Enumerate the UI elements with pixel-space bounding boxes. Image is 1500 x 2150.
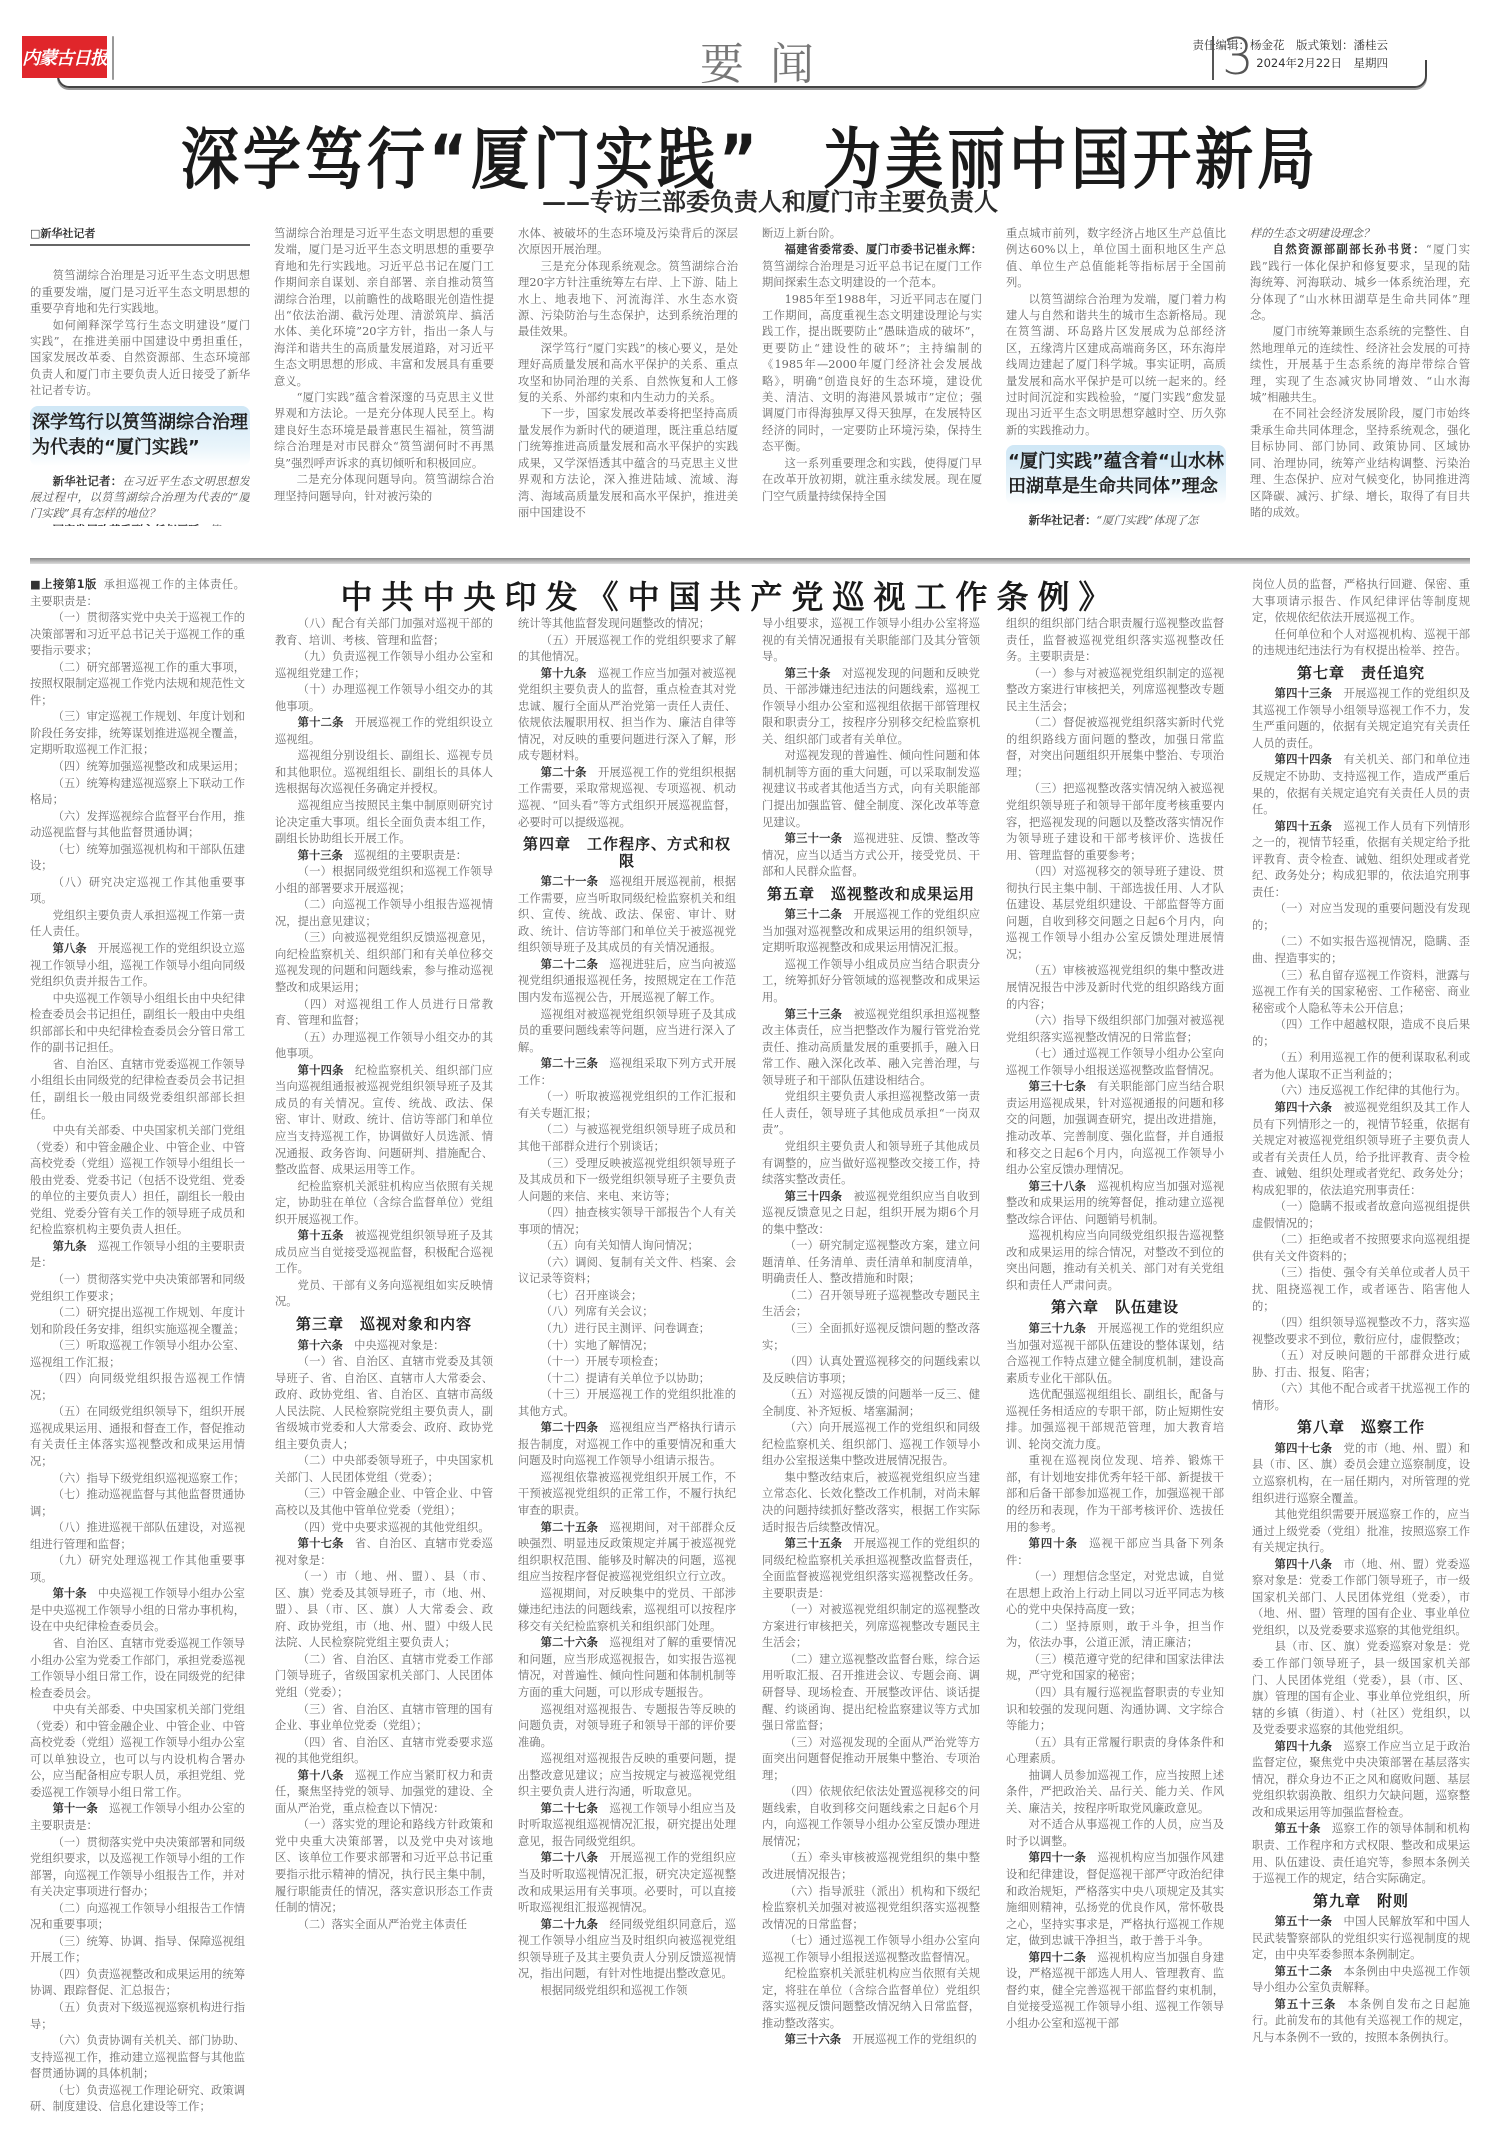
list-item: （二）研究提出巡视工作规划、年度计划和阶段任务安排，组织实施巡视全覆盖；: [30, 1305, 245, 1338]
list-item: （一）隐瞒不报或者故意向巡视组提供虚假情况的；: [1252, 1199, 1470, 1232]
article-label: 第四十八条: [1275, 1558, 1333, 1571]
top-column-6: 样的生态文明建设理念？ 自然资源部副部长孙书贤：“厦门实践”践行一体化保护和修复…: [1250, 226, 1470, 526]
list-item: （二）拒绝或者不按照要求向巡视组提供有关文件资料的；: [1252, 1232, 1470, 1265]
article-paragraph: 第十七条省、自治区、直辖市党委巡视对象是：: [275, 1536, 493, 1569]
list-item: （四）省、自治区、直辖市党委要求巡视的其他党组织。: [275, 1735, 493, 1768]
article-paragraph: 第八条开展巡视工作的党组织设立巡视工作领导小组，巡视工作领导小组向同级党组织负责…: [30, 941, 245, 991]
article-label: 第二十二条: [541, 958, 599, 971]
list-item: （五）审核被巡视党组织的集中整改进展情况报告中涉及新时代党的组织路线方面的内容；: [1006, 963, 1224, 1013]
article-label: 第十九条: [541, 667, 587, 680]
article-paragraph: 第十六条中央巡视对象是：: [275, 1338, 493, 1355]
paragraph: 巡视组依靠被巡视党组织开展工作，不干预被巡视党组织的正常工作，不履行执纪审查的职…: [518, 1470, 736, 1520]
list-item: （二）向巡视工作领导小组报告工作情况和重要事项；: [30, 1901, 245, 1934]
chapter-heading: 第四章 工作程序、方式和权限: [518, 836, 736, 869]
list-item: （四）具有履行巡视监督职责的专业知识和较强的发现问题、沟通协调、文字综合等能力；: [1006, 1685, 1224, 1735]
bottom-column-2: （八）配合有关部门加强对巡视干部的教育、培训、考核、管理和监督； （九）负责巡视…: [275, 616, 493, 2141]
list-item: （一）参与对被巡视党组织制定的巡视整改方案进行审核把关，列席巡视整改专题民主生活…: [1006, 666, 1224, 716]
list-item: （八）研究决定巡视工作其他重要事项。: [30, 875, 245, 908]
top-column-3: 水体、被破坏的生态环境及污染背后的深层次原因开展治理。 三是充分体现系统观念。筼…: [518, 226, 738, 526]
paragraph: 中央有关部委、中央国家机关部门党组（党委）和中管金融企业、中管企业、中管高校党委…: [30, 1702, 245, 1801]
article-label: 第十六条: [298, 1339, 343, 1352]
paragraph: 岗位人员的监督，严格执行回避、保密、重大事项请示报告、作风纪律评估等制度规定，依…: [1252, 577, 1470, 627]
article-paragraph: 第四十三条开展巡视工作的党组织及其巡视工作领导小组领导巡视工作不力，发生严重问题…: [1252, 686, 1470, 752]
list-item: （十二）提请有关单位予以协助；: [518, 1371, 736, 1388]
article-label: 第二十九条: [541, 1918, 599, 1931]
article-paragraph: 第四十七条党的市（地、州、盟）和县（市、区、旗）委员会建立巡察制度，设立巡察机构…: [1252, 1441, 1470, 1507]
paragraph: 党员、干部有义务向巡视组如实反映情况。: [275, 1278, 493, 1311]
article-paragraph: 第十四条纪检监察机关、组织部门应当向巡视组通报被巡视党组织领导班子及其成员的有关…: [275, 1063, 493, 1179]
list-item: （十）办理巡视工作领导小组交办的其他事项。: [275, 682, 493, 715]
list-item: （三）省、自治区、直辖市管理的国有企业、事业单位党委（党组）；: [275, 1702, 493, 1735]
list-item: （一）研究制定巡视整改方案，建立问题清单、任务清单、责任清单和制度清单，明确责任…: [762, 1238, 980, 1288]
bottom-column-3: 统计等其他监督发现问题整改的情况； （五）开展巡视工作的党组织要求了解的其他情况…: [518, 616, 736, 2141]
list-item: （十一）开展专项检查；: [518, 1354, 736, 1371]
bottom-column-1: ■上接第1版承担巡视工作的主体责任。主要职责是： （一）贯彻落实党中央关于巡视工…: [30, 577, 245, 2142]
list-item: （五）统筹构建巡视巡察上下联动工作格局；: [30, 776, 245, 809]
paragraph: 如何阐释深学笃行生态文明建设“厦门实践”，在推进美丽中国建设中勇担重任，国家发展…: [30, 318, 250, 400]
paragraph: 任何单位和个人对巡视机构、巡视干部的违规违纪违法行为有权提出检举、控告。: [1252, 627, 1470, 660]
article-label: 第二十四条: [541, 1421, 599, 1434]
paragraph: 重视在巡视岗位发现、培养、锻炼干部，有计划地安排优秀年轻干部、新提拔干部和后备干…: [1006, 1453, 1224, 1536]
list-item: （一）根据同级党组织和巡视工作领导小组的部署要求开展巡视；: [275, 864, 493, 897]
section-title: 要闻: [700, 28, 840, 92]
article-label: 第十一条: [53, 1802, 98, 1815]
list-item: 统计等其他监督发现问题整改的情况；: [518, 616, 736, 633]
question-text: “厦门实践”体现了怎: [1096, 514, 1198, 526]
paragraph: 巡视组对巡视报告反映的重要问题，提出整改意见建议；应当按规定与被巡视党组织主要负…: [518, 1751, 736, 1801]
article-paragraph: 第三十一条巡视进驻、反馈、整改等情况，应当以适当方式公开，接受党员、干部和人民群…: [762, 831, 980, 881]
page-number-divider: [1212, 36, 1214, 80]
subhead-text: 深学笃行以筼筜湖综合治理为代表的“厦门实践”: [32, 412, 248, 458]
paragraph: 中央巡视工作领导小组组长由中央纪律检查委员会书记担任，副组长一般由中央组织部部长…: [30, 991, 245, 1057]
list-item: （四）组织领导巡视整改不力，落实巡视整改要求不到位，敷衍应付，虚假整改；: [1252, 1315, 1470, 1348]
top-article: □新华社记者 筼筜湖综合治理是习近平生态文明思想的重要发端，厦门是习近平生态文明…: [30, 226, 1470, 528]
article-label: 第三十七条: [1029, 1080, 1087, 1093]
list-item: （三）指使、强令有关单位或者人员干扰、阻挠巡视工作，或者诬告、陷害他人的；: [1252, 1265, 1470, 1315]
article-paragraph: 第二十四条巡视组应当严格执行请示报告制度，对巡视工作中的重要情况和重大问题及时向…: [518, 1420, 736, 1470]
top-column-4: 断迈上新台阶。 福建省委常委、厦门市委书记崔永辉：筼筜湖综合治理是习近平总书记在…: [762, 226, 982, 526]
list-item: （九）负责巡视工作领导小组办公室和巡视组党建工作；: [275, 649, 493, 682]
list-item: （四）抽查核实领导干部报告个人有关事项的情况；: [518, 1205, 736, 1238]
subheadline: ——专访三部委负责人和厦门市主要负责人: [0, 182, 1500, 217]
article-label: 第四十七条: [1275, 1442, 1333, 1455]
list-item: （二）不如实报告巡视情况，隐瞒、歪曲、捏造事实的；: [1252, 934, 1470, 967]
article-text: 纪检监察机关、组织部门应当向巡视组通报被巡视党组织领导班子及其成员的有关情况。宣…: [275, 1064, 493, 1176]
question-text: 样的生态文明建设理念？: [1250, 226, 1470, 242]
list-item: （一）听取被巡视党组织的工作汇报和有关专题汇报；: [518, 1089, 736, 1122]
article-label: 第四十条: [1029, 1537, 1078, 1550]
paragraph: 下一步，国家发展改革委将把坚持高质量发展作为新时代的硬道理，既注重总结厦门统筹推…: [518, 406, 738, 521]
article-paragraph: 第二十六条巡视组对了解的重要情况和问题，应当形成巡视报告，如实报告巡视情况，对普…: [518, 1635, 736, 1701]
paragraph: 厦门市统筹兼顾生态系统的完整性、自然地理单元的连续性、经济社会发展的可持续性，开…: [1250, 324, 1470, 406]
article-label: 第四十五条: [1275, 820, 1333, 833]
byline: □新华社记者: [30, 226, 250, 246]
paragraph: 深学笃行“厦门实践”的核心要义，是处理好高质量发展和高水平保护的关系、重点攻坚和…: [518, 341, 738, 407]
article-paragraph: 第五十二条本条例由中央巡视工作领导小组办公室负责解释。: [1252, 1964, 1470, 1997]
article-paragraph: 第五十条巡察工作的领导体制和机构职责、工作程序和方式权限、整改和成果运用、队伍建…: [1252, 1821, 1470, 1887]
chapter-heading: 第八章 巡察工作: [1252, 1419, 1470, 1436]
answer-paragraph: 福建省委常委、厦门市委书记崔永辉：筼筜湖综合治理是习近平总书记在厦门工作期间探索…: [762, 242, 982, 291]
list-item: （三）受理反映被巡视党组织领导班子及其成员和下一级党组织领导班子主要负责人问题的…: [518, 1156, 736, 1206]
paragraph: 筜湖综合治理是习近平生态文明思想的重要发端，厦门是习近平生态文明思想的重要孕育地…: [274, 226, 494, 390]
article-paragraph: 第四十八条市（地、州、盟）党委巡察对象是：党委工作部门领导班子，市一级国家机关部…: [1252, 1557, 1470, 1640]
paragraph: 这一系列重要理念和实践，使得厦门早在改革开放初期，就注重永续发展。现在厦门空气质…: [762, 456, 982, 505]
article-paragraph: 第三十二条开展巡视工作的党组织应当加强对巡视整改和成果运用的组织领导，定期听取巡…: [762, 907, 980, 957]
list-item: （八）配合有关部门加强对巡视干部的教育、培训、考核、管理和监督；: [275, 616, 493, 649]
article-paragraph: 第三十四条被巡视党组织应当自收到巡视反馈意见之日起，组织开展为期6个月的集中整改…: [762, 1189, 980, 1239]
article-text: 有关职能部门应当结合职责运用巡视成果，针对巡视通报的问题和移交的问题，加强调查研…: [1006, 1080, 1224, 1176]
article-paragraph: 第十条中央巡视工作领导小组办公室是中央巡视工作领导小组的日常办事机构，设在中央纪…: [30, 1586, 245, 1636]
list-item: （七）统筹加强巡视机构和干部队伍建设；: [30, 842, 245, 875]
article-paragraph: 第三十条对巡视发现的问题和反映党员、干部涉嫌违纪违法的问题线索，巡视工作领导小组…: [762, 666, 980, 749]
continued-on-page-link[interactable]: ■下转第4版: [1250, 525, 1470, 526]
paragraph: 断迈上新台阶。: [762, 226, 982, 242]
list-item: （二）中央部委领导班子，中央国家机关部门、人民团体党组（党委）；: [275, 1453, 493, 1486]
article-paragraph: 第四十六条被巡视党组织及其工作人员有下列情形之一的，视情节轻重，依据有关规定对被…: [1252, 1100, 1470, 1199]
list-item: （三）审定巡视工作规划、年度计划和阶段任务安排，统筹谋划推进巡视全覆盖，定期听取…: [30, 709, 245, 759]
speaker-label: 新华社记者：: [1029, 514, 1097, 526]
paragraph: 根据同级党组织和巡视工作领: [518, 1983, 736, 2000]
list-item: （五）负责对下级巡视巡察机构进行指导；: [30, 2000, 245, 2033]
paragraph: 巡视组分别设组长、副组长、巡视专员和其他职位。巡视组组长、副组长的具体人选根据每…: [275, 748, 493, 798]
top-column-1: □新华社记者 筼筜湖综合治理是习近平生态文明思想的重要发端，厦门是习近平生态文明…: [30, 226, 250, 526]
list-item: （五）向有关知情人询问情况；: [518, 1238, 736, 1255]
newspaper-logo[interactable]: 内蒙古日报: [22, 36, 107, 78]
list-item: （四）认真处置巡视移交的问题线索以及反映信访事项；: [762, 1354, 980, 1387]
list-item: （二）建立巡视整改监督台账，综合运用听取汇报、召开推进会议、专题会商、调研督导、…: [762, 1652, 980, 1735]
paragraph: 党组织主要负责人和领导班子其他成员有调整的，应当做好巡视整改交接工作，持续落实整…: [762, 1139, 980, 1189]
paragraph: 中央有关部委、中央国家机关部门党组（党委）和中管金融企业、中管企业、中管高校党委…: [30, 1123, 245, 1239]
article-paragraph: 第三十九条开展巡视工作的党组织应当加强对巡视干部队伍建设的整体谋划，结合巡视工作…: [1006, 1321, 1224, 1387]
article-paragraph: 第二十八条开展巡视工作的党组织应当及时听取巡视情况汇报，研究决定巡视整改和成果运…: [518, 1850, 736, 1916]
article-label: 第十五条: [298, 1229, 344, 1242]
article-paragraph: 第三十六条开展巡视工作的党组织的: [762, 2032, 980, 2049]
subhead-text: “厦门实践”蕴含着“山水林田湖草是生命共同体”理念: [1008, 451, 1224, 497]
paragraph: 筼筜湖综合治理是习近平生态文明思想的重要发端，厦门是习近平生态文明思想的重要孕育…: [30, 268, 250, 317]
article-paragraph: 第四十四条有关机关、部门和单位违反规定不协助、支持巡视工作，造成严重后果的，依据…: [1252, 752, 1470, 818]
paragraph: 重点城市前列，数字经济占地区生产总值比例达60%以上，单位国土面积地区生产总值、…: [1006, 226, 1226, 292]
section-divider: [30, 558, 1470, 564]
article-label: 第三十四条: [785, 1190, 843, 1203]
list-item: （九）进行民主测评、问卷调查；: [518, 1321, 736, 1338]
article-label: 第三十八条: [1029, 1180, 1087, 1193]
article-paragraph: 第四十二条巡视机构应当加强自身建设，严格巡视干部选人用人、管理教育、监督约束，健…: [1006, 1950, 1224, 2033]
article-label: 第十二条: [298, 716, 344, 729]
list-item: （二）与被巡视党组织领导班子成员和其他干部群众进行个别谈话；: [518, 1122, 736, 1155]
list-item: （六）指导派驻（派出）机构和下级纪检监察机关加强对被巡视党组织落实巡视整改情况的…: [762, 1884, 980, 1934]
list-item: （二）省、自治区、直辖市党委工作部门领导班子，省级国家机关部门、人民团体党组（党…: [275, 1652, 493, 1702]
list-item: （九）研究处理巡视工作其他重要事项。: [30, 1553, 245, 1586]
article-text: 巡视工作应当加强对被巡视党组织主要负责人的监督，重点检查其对党忠诚、履行全面从严…: [518, 667, 736, 763]
list-item: （七）负责巡视工作理论研究、政策调研、制度建设、信息化建设等工作；: [30, 2083, 245, 2116]
article-paragraph: 第二十九条经同级党组织同意后，巡视工作领导小组应当及时组织向被巡视党组织领导班子…: [518, 1917, 736, 1983]
article-label: 第四十二条: [1029, 1951, 1087, 1964]
list-item: （五）具有正常履行职责的身体条件和心理素质。: [1006, 1735, 1224, 1768]
article-paragraph: 第十五条被巡视党组织领导班子及其成员应当自觉接受巡视监督，积极配合巡视工作。: [275, 1228, 493, 1278]
article-paragraph: 第九条巡视工作领导小组的主要职责是：: [30, 1239, 245, 1272]
article-paragraph: 第二十二条巡视进驻后，应当向被巡视党组织通报巡视任务，按照规定在工作范围内发布巡…: [518, 957, 736, 1007]
article-label: 第二十三条: [541, 1057, 599, 1070]
paragraph: 巡视机构应当向同级党组织报告巡视整改和成果运用的综合情况，对整改不到位的突出问题…: [1006, 1228, 1224, 1294]
speaker-label: 福建省委常委、厦门市委书记崔永辉：: [785, 243, 982, 256]
paragraph: 纪检监察机关派驻机构应当依照有关规定，协助驻在单位（含综合监督单位）党组织开展巡…: [275, 1179, 493, 1229]
article-text: 被巡视党组织及其工作人员有下列情形之一的，视情节轻重，依据有关规定对被巡视党组织…: [1252, 1101, 1470, 1197]
list-item: （四）对巡视移交的领导班子建设、贯彻执行民主集中制、干部选拔任用、人才队伍建设、…: [1006, 864, 1224, 963]
list-item: （三）私自留存巡视工作资料，泄露与巡视工作有关的国家秘密、工作秘密、商业秘密或个…: [1252, 968, 1470, 1018]
list-item: （一）对应当发现的重要问题没有发现的；: [1252, 901, 1470, 934]
article-label: 第十八条: [298, 1769, 344, 1782]
list-item: （一）市（地、州、盟）、县（市、区、旗）党委及其领导班子，市（地、州、盟）、县（…: [275, 1569, 493, 1652]
list-item: （四）党中央要求巡视的其他党组织。: [275, 1520, 493, 1537]
article-label: 第三十二条: [785, 908, 843, 921]
paragraph: 在不同社会经济发展阶段，厦门市始终秉承生命共同体理念，坚持系统观念，强化目标协同…: [1250, 406, 1470, 521]
speaker-label: 国家发展改革委副主任赵辰昕：: [53, 524, 211, 526]
answer-text: 筼: [211, 524, 222, 526]
list-item: （五）对反映问题的干部群众进行威胁、打击、报复、陷害；: [1252, 1348, 1470, 1381]
bottom-column-6: 岗位人员的监督，严格执行回避、保密、重大事项请示报告、作风纪律评估等制度规定，依…: [1252, 577, 1470, 2142]
paragraph: 巡视工作领导小组成员应当结合职责分工，统筹抓好分管领域的巡视整改和成果运用。: [762, 957, 980, 1007]
paragraph: 省、自治区、直辖市党委巡视工作领导小组办公室为党委工作部门，承担党委巡视工作领导…: [30, 1636, 245, 1702]
list-item: （四）负责巡视整改和成果运用的统筹协调、跟踪督促、汇总报告；: [30, 1967, 245, 2000]
article-label: 第四十四条: [1275, 753, 1333, 766]
article-paragraph: 第三十五条开展巡视工作的党组织的同级纪检监察机关承担巡视整改监督责任，全面监督被…: [762, 1536, 980, 1602]
paragraph: 其他党组织需要开展巡察工作的，应当通过上级党委（党组）批准，按照巡察工作有关规定…: [1252, 1507, 1470, 1557]
article-paragraph: 第二十三条巡视组采取下列方式开展工作：: [518, 1056, 736, 1089]
article-paragraph: 第四十一条巡视机构应当加强作风建设和纪律建设，督促巡视干部严守政治纪律和政治规矩…: [1006, 1850, 1224, 1949]
list-item: （八）列席有关会议；: [518, 1304, 736, 1321]
top-column-2: 筜湖综合治理是习近平生态文明思想的重要发端，厦门是习近平生态文明思想的重要孕育地…: [274, 226, 494, 526]
list-item: （二）坚持原则，敢于斗争，担当作为，依法办事，公道正派，清正廉洁；: [1006, 1619, 1224, 1652]
article-label: 第二十五条: [541, 1521, 599, 1534]
bottom-column-4: 导小组要求，巡视工作领导小组办公室将巡视的有关情况通报有关职能部门及其分管领导。…: [762, 616, 980, 2141]
list-item: （六）调阅、复制有关文件、档案、会议记录等资料；: [518, 1255, 736, 1288]
question-paragraph: 新华社记者：在习近平生态文明思想发展过程中，以筼筜湖综合治理为代表的“厦门实践”…: [30, 474, 250, 523]
list-item: （一）贯彻落实党中央决策部署和同级党组织要求，以及巡视工作领导小组的工作部署，向…: [30, 1835, 245, 1901]
chapter-heading: 第六章 队伍建设: [1006, 1299, 1224, 1316]
list-item: （三）向被巡视党组织反馈巡视意见，向纪检监察机关、组织部门和有关单位移交巡视发现…: [275, 930, 493, 996]
list-item: （七）召开座谈会；: [518, 1288, 736, 1305]
paragraph: 选优配强巡视组组长、副组长，配备与巡视任务相适应的专职干部，防止短期性安排。加强…: [1006, 1387, 1224, 1453]
article-paragraph: 第十九条巡视工作应当加强对被巡视党组织主要负责人的监督，重点检查其对党忠诚、履行…: [518, 666, 736, 765]
list-item: （一）对被巡视党组织制定的巡视整改方案进行审核把关，列席巡视整改专题民主生活会；: [762, 1602, 980, 1652]
list-item: （四）对巡视组工作人员进行日常教育、管理和监督；: [275, 997, 493, 1030]
question-paragraph: 新华社记者：“厦门实践”体现了怎: [1006, 513, 1226, 526]
paragraph: 二是充分体现问题导向。筼筜湖综合治理坚持问题导向，针对被污染的: [274, 472, 494, 505]
paragraph: 纪检监察机关派驻机构应当依照有关规定，将驻在单位（含综合监督单位）党组织落实巡视…: [762, 1966, 980, 2032]
article-label: 第三十五条: [785, 1537, 843, 1550]
list-item: （一）省、自治区、直辖市党委及其领导班子、省、自治区、直辖市人大常委会、政府、政…: [275, 1354, 493, 1453]
list-item: （五）对巡视反馈的问题举一反三、健全制度、补齐短板、堵塞漏洞；: [762, 1387, 980, 1420]
article-label: 第二十一条: [541, 875, 599, 888]
paragraph: ■上接第1版承担巡视工作的主体责任。主要职责是：: [30, 577, 245, 610]
article-label: 第四十六条: [1275, 1101, 1333, 1114]
list-item: （十三）开展巡视工作的党组织批准的其他方式。: [518, 1387, 736, 1420]
list-item: （五）利用巡视工作的便利谋取私利或者为他人谋取不正当利益的；: [1252, 1050, 1470, 1083]
article-label: 第五十二条: [1275, 1965, 1333, 1978]
paragraph: 以筼筜湖综合治理为发端，厦门着力构建人与自然和谐共生的城市生态新格局。现在筼筜湖…: [1006, 292, 1226, 440]
list-item: （一）贯彻落实党中央决策部署和同级党组织工作要求；: [30, 1272, 245, 1305]
article-paragraph: 第二十五条巡视期间，对干部群众反映强烈、明显违反政策规定并属于被巡视党组织职权范…: [518, 1520, 736, 1586]
list-item: （三）对巡视发现的全面从严治党等方面突出问题督促推动开展集中整治、专项治理；: [762, 1735, 980, 1785]
list-item: （六）指导下级党组织巡视巡察工作；: [30, 1471, 245, 1488]
speaker-label: 自然资源部副部长孙书贤：: [1273, 243, 1426, 256]
list-item: （六）违反巡视工作纪律的其他行为。: [1252, 1083, 1470, 1100]
answer-paragraph: 自然资源部副部长孙书贤：“厦门实践”践行一体化保护和修复要求，呈现的陆海统筹、河…: [1250, 242, 1470, 324]
list-item: （五）在同级党组织领导下，组织开展巡视成果运用、通报和督查工作，督促推动有关责任…: [30, 1404, 245, 1470]
article-label: 第九条: [53, 1240, 87, 1253]
list-item: （四）统筹加强巡视整改和成果运用；: [30, 759, 245, 776]
article-label: 第三十六条: [785, 2033, 842, 2046]
list-item: （七）推动巡视监督与其他监督贯通协调；: [30, 1487, 245, 1520]
answer-text: 筼筜湖综合治理是习近平总书记在厦门工作期间探索生态文明建设的一个范本。: [762, 260, 982, 289]
paragraph: 巡视组应当按照民主集中制原则研究讨论决定重大事项。组长全面负责本组工作，副组长协…: [275, 798, 493, 848]
chapter-heading: 第三章 巡视对象和内容: [275, 1316, 493, 1333]
list-item: （五）牵头审核被巡视党组织的集中整改进展情况报告；: [762, 1850, 980, 1883]
list-item: （二）督促被巡视党组织落实新时代党的组织路线方面问题的整改，加强日常监督，对突出…: [1006, 715, 1224, 781]
list-item: （六）发挥巡视综合监督平台作用，推动巡视监督与其他监督贯通协调；: [30, 809, 245, 842]
list-item: （三）全面抓好巡视反馈问题的整改落实；: [762, 1321, 980, 1354]
list-item: （三）统筹、协调、指导、保障巡视组开展工作；: [30, 1934, 245, 1967]
article-label: 第三十九条: [1029, 1322, 1087, 1335]
paragraph: 党组织主要负责人承担巡视整改第一责任人责任，领导班子其他成员承担“一岗双责”。: [762, 1089, 980, 1139]
paragraph: 县（市、区、旗）党委巡察对象是：党委工作部门领导班子，县一级国家机关部门、人民团…: [1252, 1639, 1470, 1738]
speaker-label: 新华社记者：: [53, 475, 123, 488]
article-paragraph: 第二十一条巡视组开展巡视前，根据工作需要，应当听取同级纪检监察机关和组织、宣传、…: [518, 874, 736, 957]
list-item: （四）依规依纪依法处置巡视移交的问题线索，自收到移交问题线索之日起6个月内，向巡…: [762, 1784, 980, 1850]
article-paragraph: 第四十九条巡察工作应当立足于政治监督定位，聚焦党中央决策部署在基层落实情况，群众…: [1252, 1739, 1470, 1822]
paragraph: 水体、被破坏的生态环境及污染背后的深层次原因开展治理。: [518, 226, 738, 259]
list-item: （七）通过巡视工作领导小组办公室向巡视工作领导小组报送巡视整改监督情况。: [1006, 1046, 1224, 1079]
article-label: 第三十三条: [785, 1008, 843, 1021]
list-item: （三）把巡视整改落实情况纳入被巡视党组织领导班子和领导干部年度考核重要内容，把巡…: [1006, 781, 1224, 864]
article-paragraph: 第五十三条本条例自发布之日起施行。此前发布的其他有关巡视工作的规定，凡与本条例不…: [1252, 1997, 1470, 2047]
paragraph: 巡视期间，对反映集中的党员、干部涉嫌违纪违法的问题线索，巡视组可以按程序移交有关…: [518, 1586, 736, 1636]
logo-divider: [112, 36, 114, 80]
article-label: 第二十八条: [541, 1851, 599, 1864]
list-item: （一）理想信念坚定，对党忠诚，自觉在思想上政治上行动上同以习近平同志为核心的党中…: [1006, 1569, 1224, 1619]
list-item: （六）向开展巡视工作的党组织和同级纪检监察机关、组织部门、巡视工作领导小组办公室…: [762, 1420, 980, 1470]
article-paragraph: 第三十三条被巡视党组织承担巡视整改主体责任，应当把整改作为履行管党治党责任、推动…: [762, 1007, 980, 1090]
chapter-heading: 第七章 责任追究: [1252, 665, 1470, 682]
list-item: （二）向巡视工作领导小组报告巡视情况，提出意见建议；: [275, 897, 493, 930]
list-item: （二）研究部署巡视工作的重大事项，按照权限制定巡视工作党内法规和规范性文件；: [30, 660, 245, 710]
top-column-5: 重点城市前列，数字经济占地区生产总值比例达60%以上，单位国土面积地区生产总值、…: [1006, 226, 1226, 526]
list-item: （一）贯彻落实党中央关于巡视工作的决策部署和习近平总书记关于巡视工作的重要指示要…: [30, 610, 245, 660]
article-paragraph: 第十三条巡视组的主要职责是：: [275, 848, 493, 865]
page-number: 3: [1222, 28, 1254, 86]
bottom-column-5: 组织的组织部门结合职责履行巡视整改监督责任，监督被巡视党组织落实巡视整改任务。主…: [1006, 616, 1224, 2141]
list-item: （六）负责协调有关机关、部门协助、支持巡视工作，推动建立巡视监督与其他监督贯通协…: [30, 2033, 245, 2083]
list-item: （五）开展巡视工作的党组织要求了解的其他情况。: [518, 633, 736, 666]
article-paragraph: 第五十一条中国人民解放军和中国人民武装警察部队的党组织实行巡视制度的规定，由中央…: [1252, 1914, 1470, 1964]
list-item: 党组织主要负责人承担巡视工作第一责任人责任。: [30, 908, 245, 941]
article-paragraph: 第四十五条巡视工作人员有下列情形之一的，视情节轻重，依据有关规定给予批评教育、责…: [1252, 819, 1470, 902]
article-paragraph: 第三十八条巡视机构应当加强对巡视整改和成果运用的统筹督促，推动建立巡视整改综合评…: [1006, 1179, 1224, 1229]
article-label: 第三十一条: [785, 832, 843, 845]
continued-from-link[interactable]: ■上接第1版: [30, 578, 97, 591]
article-paragraph: 第十一条巡视工作领导小组办公室的主要职责是：: [30, 1801, 245, 1834]
article-label: 第三十条: [785, 667, 831, 680]
article-paragraph: 第三十七条有关职能部门应当结合职责运用巡视成果，针对巡视通报的问题和移交的问题，…: [1006, 1079, 1224, 1178]
article-paragraph: 第十二条开展巡视工作的党组织设立巡视组。: [275, 715, 493, 748]
article-paragraph: 第二十条开展巡视工作的党组织根据工作需要，采取常规巡视、专项巡视、机动巡视、“回…: [518, 765, 736, 831]
article-label: 第四十三条: [1275, 687, 1333, 700]
list-item: （八）推进巡视干部队伍建设，对巡视组进行管理和监督；: [30, 1520, 245, 1553]
article-label: 第十条: [53, 1587, 87, 1600]
list-item: （六）指导下级组织部门加强对被巡视党组织落实巡视整改情况的日常监督；: [1006, 1013, 1224, 1046]
article-label: 第四十一条: [1029, 1851, 1087, 1864]
article-label: 第二十六条: [541, 1636, 599, 1649]
article-text: 开展巡视工作的党组织的: [852, 2033, 976, 2046]
article-label: 第二十七条: [541, 1802, 599, 1815]
article-label: 第四十九条: [1275, 1740, 1333, 1753]
paragraph: 1985年至1988年，习近平同志在厦门工作期间，高度重视生态文明建设理论与实践…: [762, 292, 982, 456]
paragraph: “厦门实践”蕴含着深邃的马克思主义世界观和方法论。一是充分体现人民至上。构建良好…: [274, 390, 494, 472]
section-subhead: “厦门实践”蕴含着“山水林田湖草是生命共同体”理念: [1006, 445, 1226, 505]
paragraph: 集中整改结束后，被巡视党组织应当建立常态化、长效化整改工作机制，对尚未解决的问题…: [762, 1470, 980, 1536]
bottom-article-title: 中共中央印发《中国共产党巡视工作条例》: [240, 572, 1220, 618]
article-label: 第十四条: [298, 1064, 344, 1077]
chapter-heading: 第五章 巡视整改和成果运用: [762, 886, 980, 903]
paragraph: 巡视组对巡视报告、专题报告等反映的问题负责，对领导班子和领导干部的评价要准确。: [518, 1702, 736, 1752]
paragraph: 对巡视发现的普遍性、倾向性问题和体制机制等方面的重大问题，可以采取制发巡视建议书…: [762, 748, 980, 831]
list-item: （十）实地了解情况；: [518, 1338, 736, 1355]
article-label: 第五十三条: [1275, 1998, 1337, 2011]
list-item: （七）通过巡视工作领导小组办公室向巡视工作领导小组报送巡视整改监督情况。: [762, 1933, 980, 1966]
article-label: 第十七条: [298, 1537, 344, 1550]
list-item: （三）模范遵守党的纪律和国家法律法规，严守党和国家的秘密；: [1006, 1652, 1224, 1685]
paragraph: 对不适合从事巡视工作的人员，应当及时予以调整。: [1006, 1817, 1224, 1850]
paragraph: 导小组要求，巡视工作领导小组办公室将巡视的有关情况通报有关职能部门及其分管领导。: [762, 616, 980, 666]
answer-paragraph: 国家发展改革委副主任赵辰昕：筼: [30, 523, 250, 526]
article-text: 巡视机构应当加强作风建设和纪律建设，督促巡视干部严守政治纪律和政治规矩，严格落实…: [1006, 1851, 1224, 1947]
list-item: （五）办理巡视工作领导小组交办的其他事项。: [275, 1030, 493, 1063]
list-item: （二）召开领导班子巡视整改专题民主生活会；: [762, 1288, 980, 1321]
list-item: （四）向同级党组织报告巡视工作情况；: [30, 1371, 245, 1404]
list-item: （一）落实党的理论和路线方针政策和党中央重大决策部署，以及党中央对该地区、该单位…: [275, 1817, 493, 1916]
masthead: 内蒙古日报 要闻 责任编辑：杨金花 版式策划：潘桂云 2024年2月22日 星期…: [0, 0, 1500, 80]
section-subhead: 深学笃行以筼筜湖综合治理为代表的“厦门实践”: [30, 406, 250, 466]
article-text: 中央巡视对象是：: [354, 1339, 444, 1352]
article-paragraph: 第四十条巡视干部应当具备下列条件：: [1006, 1536, 1224, 1569]
list-item: （三）听取巡视工作领导小组办公室、巡视组工作汇报；: [30, 1338, 245, 1371]
article-paragraph: 第二十七条巡视工作领导小组应当及时听取巡视组巡视情况汇报，研究提出处理意见，报告…: [518, 1801, 736, 1851]
article-label: 第二十条: [541, 766, 587, 779]
article-label: 第十三条: [298, 849, 343, 862]
list-item: （二）落实全面从严治党主体责任: [275, 1917, 493, 1934]
paragraph: 组织的组织部门结合职责履行巡视整改监督责任，监督被巡视党组织落实巡视整改任务。主…: [1006, 616, 1224, 666]
article-paragraph: 第十八条巡视工作应当紧盯权力和责任，聚焦坚持党的领导、加强党的建设、全面从严治党…: [275, 1768, 493, 1818]
paragraph: 省、自治区、直辖市党委巡视工作领导小组组长由同级党的纪律检查委员会书记担任，副组…: [30, 1057, 245, 1123]
list-item: （六）其他不配合或者干扰巡视工作的情形。: [1252, 1381, 1470, 1414]
article-label: 第五十一条: [1275, 1915, 1333, 1928]
article-label: 第八条: [53, 942, 87, 955]
paragraph: 抽调人员参加巡视工作，应当按照上述条件，严把政治关、品行关、能力关、作风关、廉洁…: [1006, 1768, 1224, 1818]
article-text: 巡视组的主要职责是：: [354, 849, 467, 862]
list-item: （三）中管金融企业、中管企业、中管高校以及其他中管单位党委（党组）；: [275, 1486, 493, 1519]
article-label: 第五十条: [1275, 1822, 1321, 1835]
chapter-heading: 第九章 附则: [1252, 1893, 1470, 1910]
paragraph: 三是充分体现系统观念。筼筜湖综合治理20字方针注重统筹左右岸、上下游、陆上水上、…: [518, 259, 738, 341]
paragraph: 巡视组对被巡视党组织领导班子及其成员的重要问题线索等问题，应当进行深入了解。: [518, 1007, 736, 1057]
list-item: （四）工作中超越权限，造成不良后果的；: [1252, 1017, 1470, 1050]
